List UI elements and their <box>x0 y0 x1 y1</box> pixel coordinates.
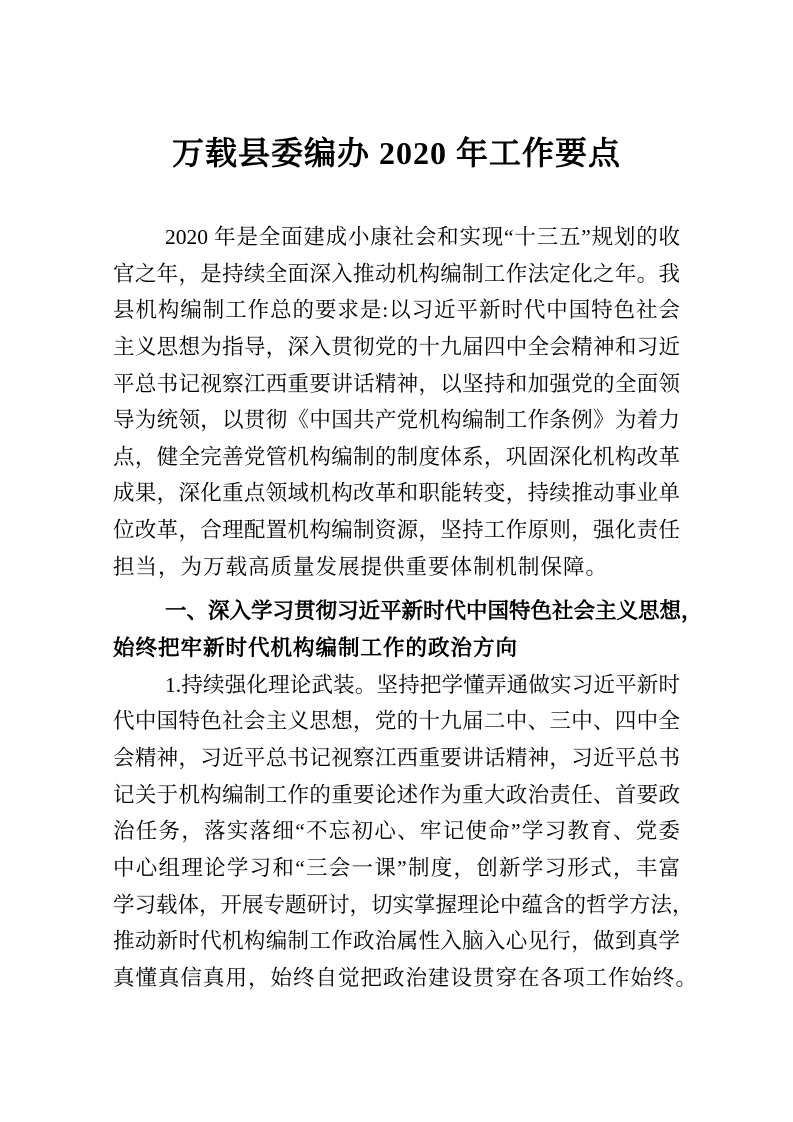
text-line: 县机构编制工作总的要求是:以习近平新时代中国特色社会 <box>113 292 680 329</box>
text-line: 始终把牢新时代机构编制工作的政治方向 <box>113 630 680 667</box>
text-line: 记关于机构编制工作的重要论述作为重大政治责任、首要政 <box>113 777 680 814</box>
text-line: 中心组理论学习和“三会一课”制度，创新学习形式，丰富 <box>113 850 680 887</box>
text-line: 平总书记视察江西重要讲话精神，以坚持和加强党的全面领 <box>113 366 680 403</box>
text-line: 官之年，是持续全面深入推动机构编制工作法定化之年。我 <box>113 256 680 293</box>
text-line: 1.持续强化理论武装。坚持把学懂弄通做实习近平新时 <box>113 667 680 704</box>
text-line: 一、深入学习贯彻习近平新时代中国特色社会主义思想， <box>113 593 680 630</box>
text-line: 成果，深化重点领域机构改革和职能转变，持续推动事业单 <box>113 475 680 512</box>
text-line: 担当，为万载高质量发展提供重要体制机制保障。 <box>113 549 680 586</box>
text-line: 点，健全完善党管机构编制的制度体系，巩固深化机构改革 <box>113 439 680 476</box>
document-title: 万载县委编办 2020 年工作要点 <box>113 130 680 176</box>
paragraph-item-1: 1.持续强化理论武装。坚持把学懂弄通做实习近平新时代中国特色社会主义思想，党的十… <box>113 667 680 997</box>
text-line: 学习载体，开展专题研讨，切实掌握理论中蕴含的哲学方法， <box>113 887 680 924</box>
text-line: 治任务，落实落细“不忘初心、牢记使命”学习教育、党委 <box>113 813 680 850</box>
text-line: 推动新时代机构编制工作政治属性入脑入心见行，做到真学 <box>113 923 680 960</box>
text-line: 主义思想为指导，深入贯彻党的十九届四中全会精神和习近 <box>113 329 680 366</box>
document-page: 万载县委编办 2020 年工作要点 2020 年是全面建成小康社会和实现“十三五… <box>0 0 793 1122</box>
text-line: 2020 年是全面建成小康社会和实现“十三五”规划的收 <box>113 219 680 256</box>
paragraph-section-1-heading: 一、深入学习贯彻习近平新时代中国特色社会主义思想，始终把牢新时代机构编制工作的政… <box>113 593 680 666</box>
paragraph-intro: 2020 年是全面建成小康社会和实现“十三五”规划的收官之年，是持续全面深入推动… <box>113 219 680 585</box>
text-line: 位改革，合理配置机构编制资源，坚持工作原则，强化责任 <box>113 512 680 549</box>
text-line: 真懂真信真用，始终自觉把政治建设贯穿在各项工作始终。 <box>113 960 680 997</box>
text-line: 会精神，习近平总书记视察江西重要讲话精神，习近平总书 <box>113 740 680 777</box>
text-line: 导为统领，以贯彻《中国共产党机构编制工作条例》为着力 <box>113 402 680 439</box>
text-line: 代中国特色社会主义思想，党的十九届二中、三中、四中全 <box>113 703 680 740</box>
document-body: 2020 年是全面建成小康社会和实现“十三五”规划的收官之年，是持续全面深入推动… <box>113 219 680 996</box>
